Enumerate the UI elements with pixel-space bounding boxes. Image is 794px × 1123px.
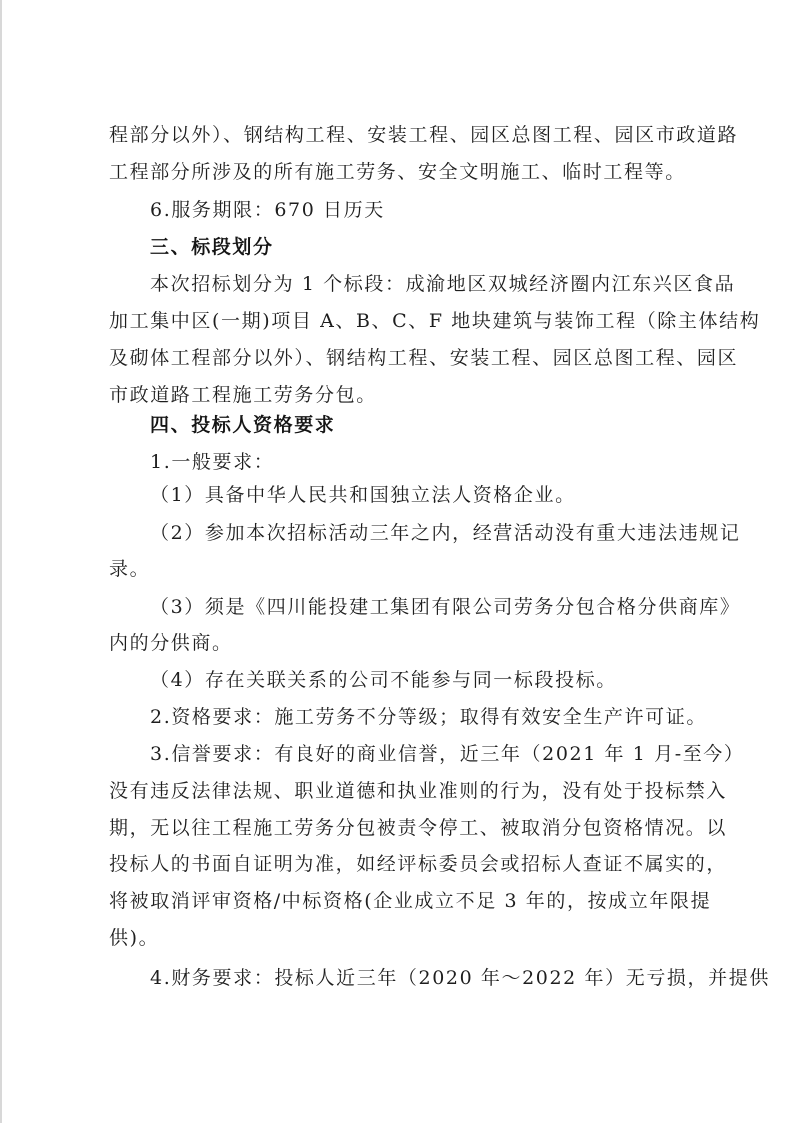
paragraph-line: 将被取消评审资格/中标资格(企业成立不足 3 年的，按成立年限提: [109, 889, 695, 913]
paragraph-line: 程部分以外）、钢结构工程、安装工程、园区总图工程、园区市政道路: [109, 123, 695, 147]
requirement-item-1: （1）具备中华人民共和国独立法人资格企业。: [150, 483, 695, 507]
document-page: 程部分以外）、钢结构工程、安装工程、园区总图工程、园区市政道路 工程部分所涉及的…: [0, 0, 794, 1123]
paragraph-line: 供)。: [109, 926, 695, 950]
service-period-line: 6.服务期限：670 日历天: [150, 198, 695, 222]
paragraph-line: 录。: [109, 557, 695, 581]
reputation-requirements: 3.信誉要求：有良好的商业信誉，近三年（2021 年 1 月-至今）: [150, 742, 695, 766]
paragraph-line: 工程部分所涉及的所有施工劳务、安全文明施工、临时工程等。: [109, 160, 695, 184]
section-heading-bidder-qualifications: 四、投标人资格要求: [150, 413, 695, 437]
requirement-item-2: （2）参加本次招标活动三年之内，经营活动没有重大违法违规记: [150, 521, 695, 545]
paragraph-line: 内的分供商。: [109, 631, 695, 655]
paragraph-line: 及砌体工程部分以外）、钢结构工程、安装工程、园区总图工程、园区: [109, 346, 695, 370]
paragraph-line: 加工集中区(一期)项目 A、B、C、F 地块建筑与装饰工程（除主体结构: [109, 309, 695, 333]
paragraph-line: 本次招标划分为 1 个标段：成渝地区双城经济圈内江东兴区食品: [150, 272, 695, 296]
financial-requirements: 4.财务要求：投标人近三年（2020 年～2022 年）无亏损，并提供: [150, 966, 695, 990]
paragraph-line: 期，无以往工程施工劳务分包被责令停工、被取消分包资格情况。以: [109, 816, 695, 840]
requirement-item-3: （3）须是《四川能投建工集团有限公司劳务分包合格分供商库》: [150, 595, 695, 619]
requirement-item-4: （4）存在关联关系的公司不能参与同一标段投标。: [150, 668, 695, 692]
paragraph-line: 市政道路工程施工劳务分包。: [109, 383, 695, 407]
paragraph-line: 没有违反法律法规、职业道德和执业准则的行为，没有处于投标禁入: [109, 779, 695, 803]
paragraph-line: 投标人的书面自证明为准，如经评标委员会或招标人查证不属实的，: [109, 852, 695, 876]
section-heading-lot-division: 三、标段划分: [150, 235, 695, 259]
subheading-general-requirements: 1.一般要求：: [150, 450, 695, 474]
qualification-requirements: 2.资格要求：施工劳务不分等级；取得有效安全生产许可证。: [150, 705, 695, 729]
